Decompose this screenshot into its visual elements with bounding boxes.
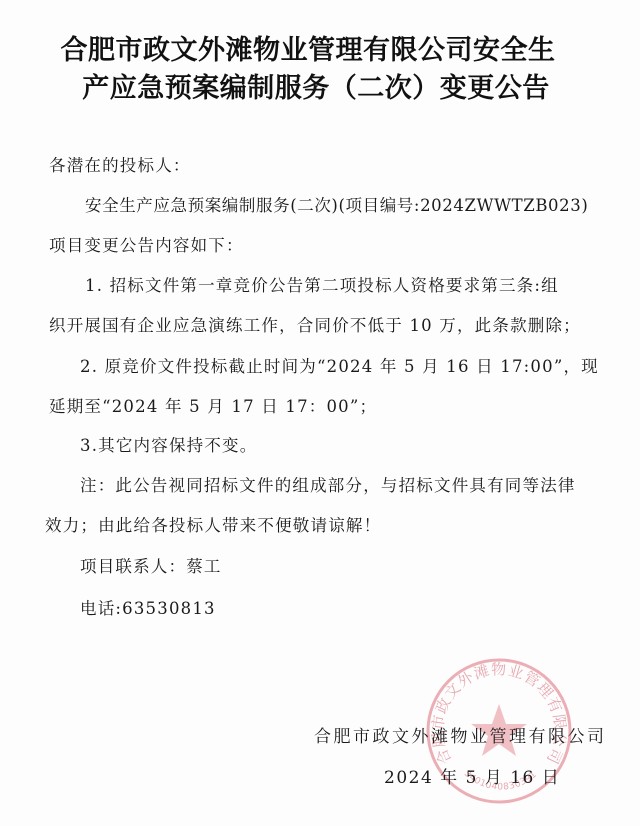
item-2-line-2: 延期至“2024 年 5 月 17 日 17：00”； [49,393,377,417]
item-1-line-1: 1. 招标文件第一章竞价公告第二项投标人资格要求第三条:组 [85,272,559,296]
title-line-1: 合肥市政文外滩物业管理有限公司安全生 [0,28,628,67]
note-line-2: 效力；由此给各投标人带来不便敬请谅解！ [45,512,381,536]
item-1-line-2: 织开展国有企业应急演练工作，合同价不低于 10 万，此条款删除； [49,312,581,336]
project-intro: 安全生产应急预案编制服务(二次)(项目编号:2024ZWWTZB023) [85,192,588,216]
note-line-1: 注：此公告视同招标文件的组成部分，与招标文件具有同等法律 [80,472,576,496]
signature-company: 合肥市政文外滩物业管理有限公司 [314,722,607,747]
salutation: 各潜在的投标人： [49,152,191,176]
signature-date: 2024 年 5 月 16 日 [384,763,560,788]
title-line-2: 产应急预案编制服务（二次）变更公告 [0,66,636,105]
item-3: 3.其它内容保持不变。 [80,432,257,456]
changes-heading: 项目变更公告内容如下： [49,232,244,256]
item-2-line-1: 2. 原竞价文件投标截止时间为“2024 年 5 月 16 日 17:00”，现 [80,353,599,377]
phone-number: 电话:63530813 [80,595,216,619]
contact-person: 项目联系人：蔡工 [80,553,222,577]
